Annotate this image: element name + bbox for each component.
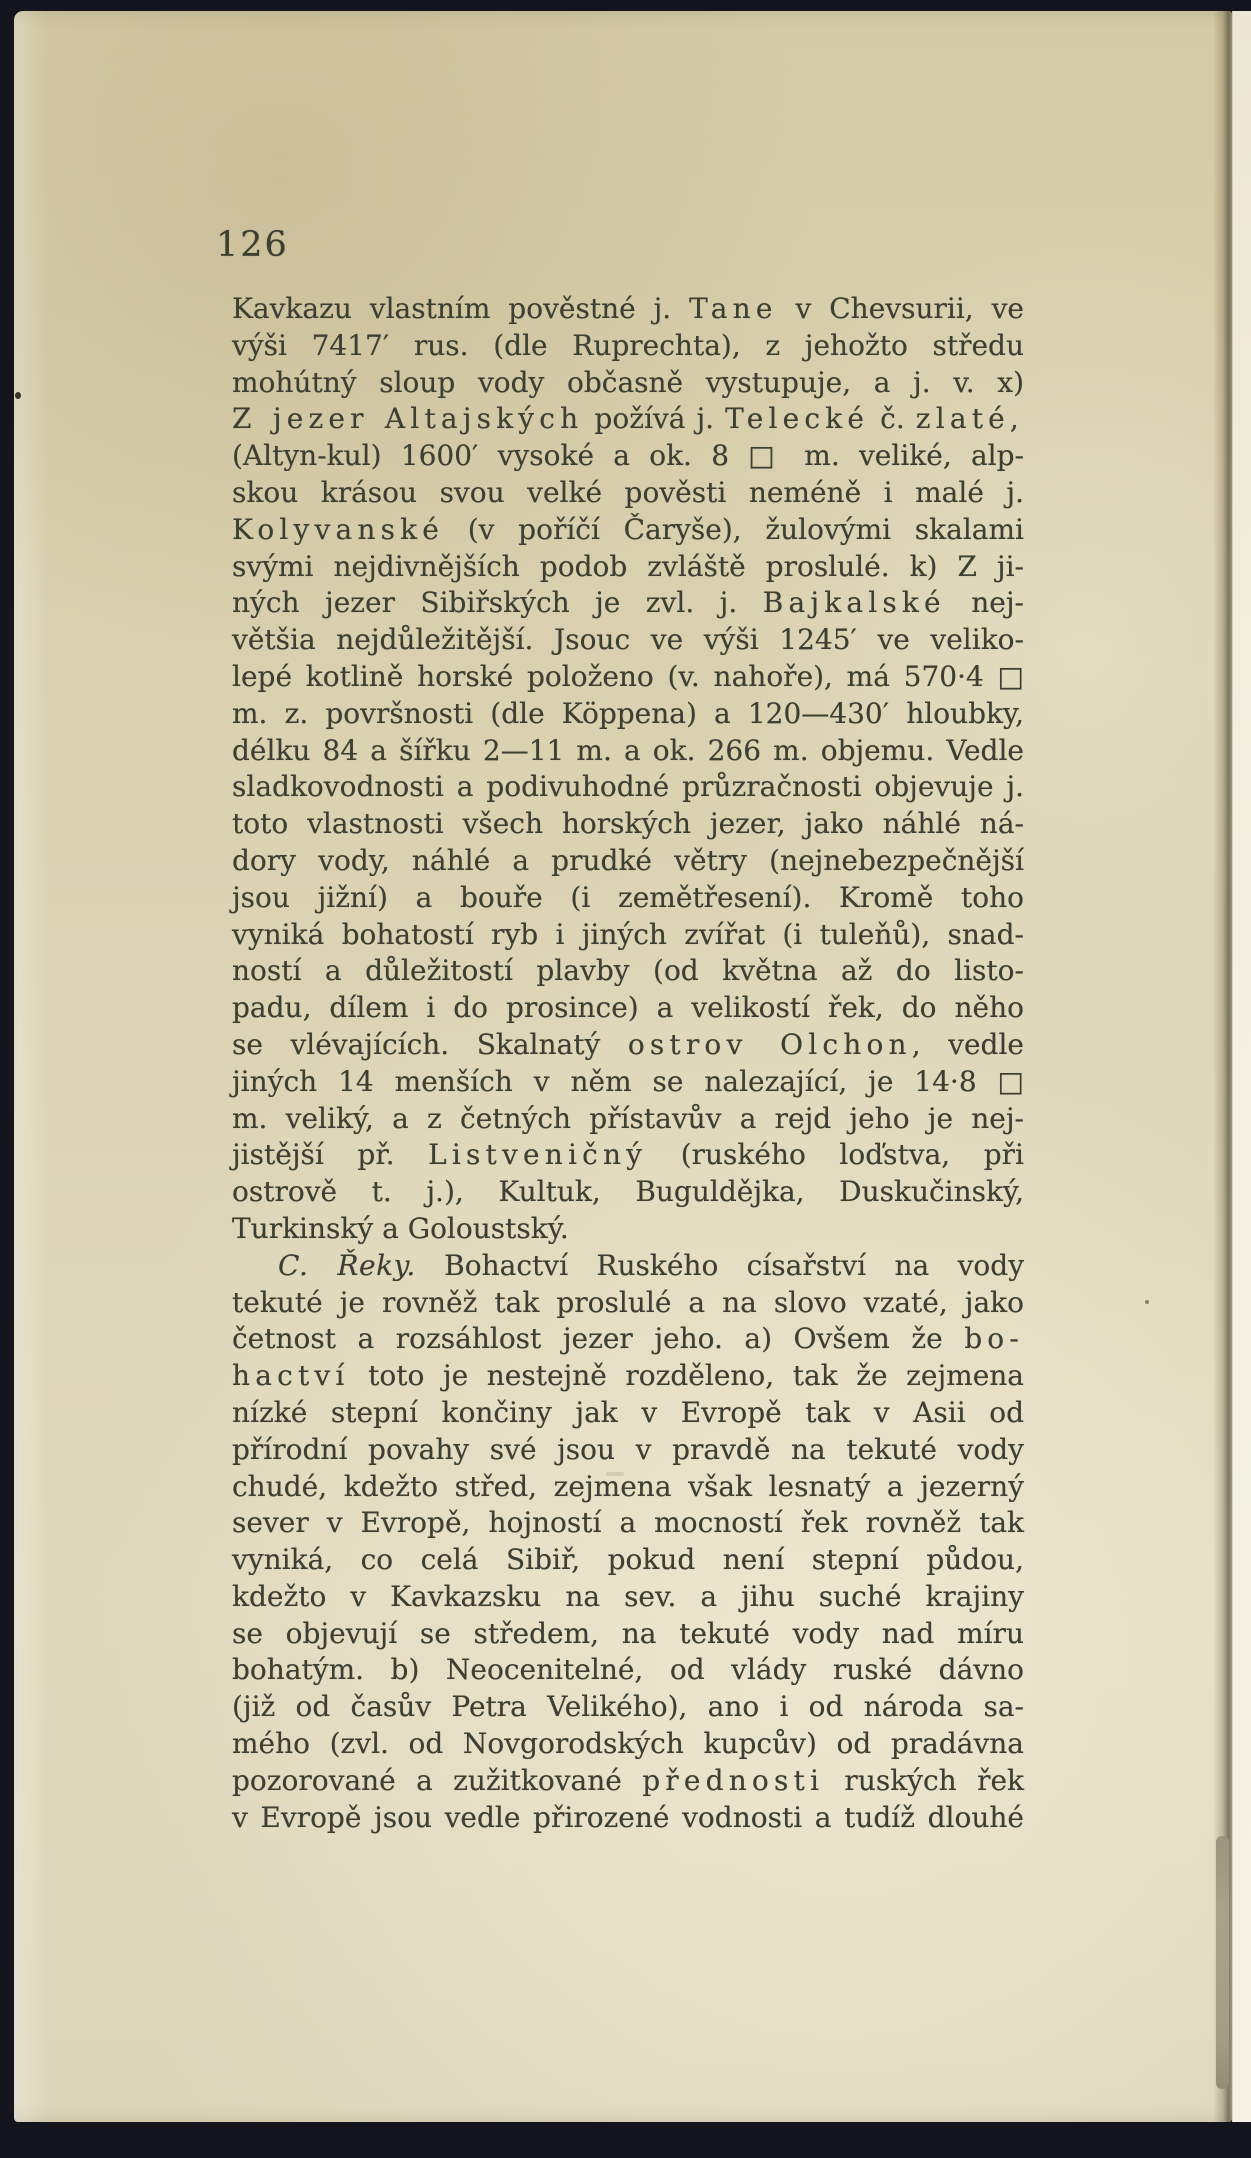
text-line: skou krásou svou velké pověsti neméně i … (232, 475, 1024, 512)
text-line: délku 84 a šířku 2—11 m. a ok. 266 m. ob… (232, 733, 1024, 770)
text-line: chudé, kdežto střed, zejmena však lesnat… (232, 1469, 1024, 1506)
text-segment: jiných 14 menších v něm se nalezající, j… (232, 1065, 1024, 1098)
text-segment: délku 84 a šířku 2—11 m. a ok. 266 m. ob… (232, 734, 1024, 767)
text-segment: Turkinský a Goloustský. (232, 1212, 569, 1245)
text-segment: v Chevsurii, ve (778, 292, 1024, 325)
text-line: kdežto v Kavkazsku na sev. a jihu suché … (232, 1579, 1024, 1616)
emphasized-segment: Z jezer Altajských (232, 402, 583, 435)
text-line: (již od časův Petra Velikého), ano i od … (232, 1689, 1024, 1726)
text-line: mohútný sloup vody občasně vystupuje, a … (232, 365, 1024, 402)
text-segment: jsou jižní) a bouře (i zemětřesení). Kro… (232, 881, 1024, 914)
text-line: vyniká bohatostí ryb i jiných zvířat (i … (232, 917, 1024, 954)
text-segment: pozorované a zužitkované (232, 1764, 642, 1797)
emphasized-segment: hactví (232, 1359, 350, 1392)
text-segment: ností a důležitostí plavby (od května až… (232, 954, 1024, 987)
text-segment: , vedle (912, 1028, 1024, 1061)
text-line: Turkinský a Goloustský. (232, 1211, 1024, 1248)
text-segment: ruských řek (824, 1764, 1024, 1797)
text-line: Z jezer Altajských požívá j. Telecké č. … (232, 401, 1024, 438)
text-line: vyniká, co celá Sibiř, pokud není stepní… (232, 1542, 1024, 1579)
page-fold-shadow (1213, 11, 1233, 2122)
emphasized-segment: zlaté, (916, 402, 1024, 435)
text-line: jiných 14 menších v něm se nalezající, j… (232, 1064, 1024, 1101)
text-segment: skou krásou svou velké pověsti neméně i … (232, 476, 1024, 509)
text-line: C. Řeky. Bohactví Ruského císařství na v… (232, 1248, 1024, 1285)
text-line: se objevují se středem, na tekuté vody n… (232, 1616, 1024, 1653)
text-line: hactví toto je nestejně rozděleno, tak ž… (232, 1358, 1024, 1395)
ink-speck (1145, 1300, 1149, 1304)
text-segment: nej- (946, 586, 1024, 619)
text-line: ostrově t. j.), Kultuk, Buguldějka, Dusk… (232, 1174, 1024, 1211)
text-segment: většia nejdůležitější. Jsouc ve výši 124… (232, 623, 1024, 656)
text-segment: (již od časův Petra Velikého), ano i od … (232, 1690, 1024, 1723)
text-line: četnost a rozsáhlost jezer jeho. a) Ovše… (232, 1321, 1024, 1358)
text-segment: toto vlastnosti všech horských jezer, ja… (232, 807, 1024, 840)
emphasized-segment: Kolyvanské (232, 513, 444, 546)
text-segment: mého (zvl. od Novgorodských kupcův) od p… (232, 1727, 1024, 1760)
text-line: Kolyvanské (v poříčí Čaryše), žulovými s… (232, 512, 1024, 549)
text-line: m. z. površnosti (dle Köppena) a 120—430… (232, 696, 1024, 733)
text-segment: v Evropě jsou vedle přirozené vodnosti a… (232, 1801, 1024, 1834)
page-number: 126 (216, 225, 289, 265)
text-line: dory vody, náhlé a prudké větry (nejnebe… (232, 843, 1024, 880)
emphasized-segment: Tane (689, 292, 778, 325)
text-segment: chudé, kdežto střed, zejmena však lesnat… (232, 1470, 1024, 1503)
ink-speck (15, 392, 21, 399)
text-line: mého (zvl. od Novgorodských kupcův) od p… (232, 1726, 1024, 1763)
text-line: sever v Evropě, hojností a mocností řek … (232, 1505, 1024, 1542)
text-segment: Kavkazu vlastním pověstné j. (232, 292, 689, 325)
emphasized-segment: Telecké (725, 402, 869, 435)
ink-speck (606, 1472, 624, 1476)
text-segment: (v poříčí Čaryše), žulovými skalami (444, 513, 1024, 546)
text-line: jsou jižní) a bouře (i zemětřesení). Kro… (232, 880, 1024, 917)
text-segment: (ruského loďstva, při (647, 1138, 1024, 1171)
text-segment: mohútný sloup vody občasně vystupuje, a … (232, 366, 1024, 399)
text-segment: ostrově t. j.), Kultuk, Buguldějka, Dusk… (232, 1175, 1024, 1208)
text-line: toto vlastnosti všech horských jezer, ja… (232, 806, 1024, 843)
text-line: padu, dílem i do prosince) a velikostí ř… (232, 990, 1024, 1027)
text-segment: tekuté je rovněž tak proslulé a na slovo… (232, 1286, 1024, 1319)
text-line: v Evropě jsou vedle přirozené vodnosti a… (232, 1800, 1024, 1837)
text-line: nízké stepní končiny jak v Evropě tak v … (232, 1395, 1024, 1432)
italic-heading-segment: C. Řeky. (278, 1249, 416, 1282)
text-line: bohatým. b) Neocenitelné, od vlády ruské… (232, 1652, 1024, 1689)
page-text-block: Kavkazu vlastním pověstné j. Tane v Chev… (232, 291, 1024, 1836)
emphasized-segment: bo- (964, 1322, 1024, 1355)
text-line: pozorované a zužitkované přednosti ruský… (232, 1763, 1024, 1800)
text-segment: výši 7417′ rus. (dle Ruprechta), z jehož… (232, 329, 1024, 362)
text-segment: bohatým. b) Neocenitelné, od vlády ruské… (232, 1653, 1024, 1686)
text-segment: dory vody, náhlé a prudké větry (nejnebe… (232, 844, 1024, 877)
emphasized-segment: přednosti (642, 1764, 824, 1797)
text-segment: četnost a rozsáhlost jezer jeho. a) Ovše… (232, 1322, 964, 1355)
text-segment: m. z. površnosti (dle Köppena) a 120—430… (232, 697, 1024, 730)
text-segment: (Altyn-kul) 1600′ vysoké a ok. 8 □ m. ve… (232, 439, 1024, 472)
text-segment: sever v Evropě, hojností a mocností řek … (232, 1506, 1024, 1539)
book-page-paper: 126 Kavkazu vlastním pověstné j. Tane v … (14, 11, 1232, 2122)
page-edge-mark (1216, 1836, 1229, 2089)
text-segment: kdežto v Kavkazsku na sev. a jihu suché … (232, 1580, 1024, 1613)
text-line: svými nejdivnějších podob zvláště proslu… (232, 549, 1024, 586)
text-line: lepé kotlině horské položeno (v. nahoře)… (232, 659, 1024, 696)
text-segment: toto je nestejně rozděleno, tak že zejme… (350, 1359, 1024, 1392)
text-segment: m. veliký, a z četných přístavův a rejd … (232, 1102, 1024, 1135)
text-segment: sladkovodnosti a podivuhodné průzračnost… (232, 770, 1024, 803)
emphasized-segment: Bajkalské (763, 586, 946, 619)
text-segment: se vlévajících. Skalnatý (232, 1028, 628, 1061)
emphasized-segment: Listveničný (428, 1138, 647, 1171)
text-line: přírodní povahy své jsou v pravdě na tek… (232, 1432, 1024, 1469)
text-segment: požívá j. (583, 402, 725, 435)
text-segment: č. (869, 402, 916, 435)
text-line: se vlévajících. Skalnatý ostrov Olchon, … (232, 1027, 1024, 1064)
adjacent-page-edge (1232, 11, 1251, 2122)
text-line: jistější př. Listveničný (ruského loďstv… (232, 1137, 1024, 1174)
text-line: ností a důležitostí plavby (od května až… (232, 953, 1024, 990)
text-line: tekuté je rovněž tak proslulé a na slovo… (232, 1285, 1024, 1322)
text-segment: se objevují se středem, na tekuté vody n… (232, 1617, 1024, 1650)
text-segment: Bohactví Ruského císařství na vody (416, 1249, 1024, 1282)
text-line: Kavkazu vlastním pověstné j. Tane v Chev… (232, 291, 1024, 328)
text-line: výši 7417′ rus. (dle Ruprechta), z jehož… (232, 328, 1024, 365)
text-line: sladkovodnosti a podivuhodné průzračnost… (232, 769, 1024, 806)
text-line: (Altyn-kul) 1600′ vysoké a ok. 8 □ m. ve… (232, 438, 1024, 475)
text-segment: nízké stepní končiny jak v Evropě tak v … (232, 1396, 1024, 1429)
text-segment: ných jezer Sibiřských je zvl. j. (232, 586, 763, 619)
text-line: m. veliký, a z četných přístavův a rejd … (232, 1101, 1024, 1138)
text-line: ných jezer Sibiřských je zvl. j. Bajkals… (232, 585, 1024, 622)
text-segment: jistější př. (232, 1138, 428, 1171)
scanned-book-page: { "page": { "number": "126" }, "text": {… (0, 0, 1251, 2158)
text-segment: lepé kotlině horské položeno (v. nahoře)… (232, 660, 1024, 693)
text-segment: svými nejdivnějších podob zvláště proslu… (232, 550, 1024, 583)
text-segment: vyniká bohatostí ryb i jiných zvířat (i … (232, 918, 1024, 951)
text-segment: padu, dílem i do prosince) a velikostí ř… (232, 991, 1024, 1024)
text-segment: vyniká, co celá Sibiř, pokud není stepní… (232, 1543, 1024, 1576)
emphasized-segment: ostrov Olchon (628, 1028, 912, 1061)
text-segment: přírodní povahy své jsou v pravdě na tek… (232, 1433, 1024, 1466)
text-line: většia nejdůležitější. Jsouc ve výši 124… (232, 622, 1024, 659)
